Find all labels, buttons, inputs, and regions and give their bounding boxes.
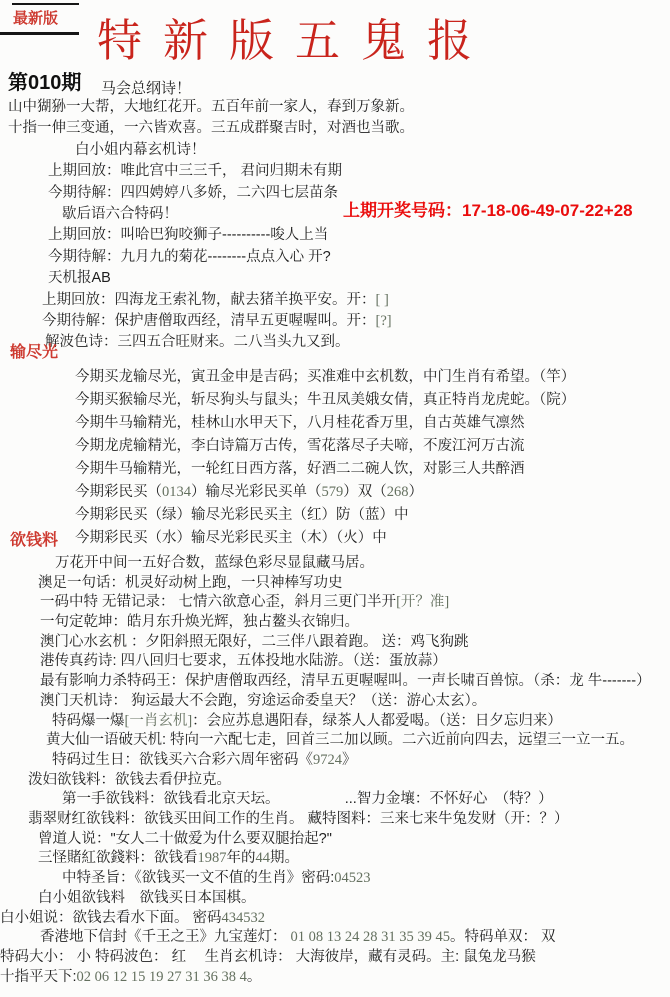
- text-line: 一码中特 无错记录： 七情六欲意心歪，斜月三更门半开[开？准]: [0, 593, 670, 613]
- text-line: 特码过生日：欲钱买六合彩六周年密码《9724》: [0, 751, 670, 771]
- numeric-value: [开？准]: [396, 594, 449, 610]
- numeric-value: 579: [322, 484, 344, 500]
- numeric-value: 9724: [313, 752, 342, 768]
- text-line: 今期彩民买（0134）输尽光彩民买单（579）双（268）: [0, 481, 670, 504]
- numeric-value: 0134: [162, 484, 191, 500]
- text-line: 上期回放：叫哈巴狗咬狮子----------唆人上当: [0, 225, 670, 246]
- text-line: 今期买龙输尽光，寅丑金申是吉码；买准难中玄机数，中门生肖有希望。（竿）: [0, 366, 670, 389]
- text-line: 泼妇欲钱料：欲钱去看伊拉克。: [0, 771, 670, 791]
- text-line: 今期牛马输精光，一轮红日西方落，好酒二二碗人饮，对影三人共醉酒: [0, 458, 670, 481]
- text-line: 山中猢狲一大帮，大地红花开。五百年前一家人，春到万象新。: [0, 97, 670, 118]
- text-line: 今期待解：四四娉婷八多娇，二六四七层苗条: [0, 183, 670, 204]
- badge-bottom-rule: [0, 32, 79, 35]
- issue-number: 第010期: [8, 66, 81, 95]
- text-line: 特码爆一爆[一肖玄机]：会应苏息遇阳春，绿茶人人都爱喝。（送：日夕忘归来）: [0, 712, 670, 732]
- numeric-value: 01 08 13 24 28 31 35 39 45: [291, 929, 451, 945]
- text-line: 白小姐内幕玄机诗！: [0, 140, 670, 161]
- text-line: 一句定乾坤：皓月东升焕光辉，独占鳌头衣锦归。: [0, 613, 670, 633]
- text-line: 澳门天机诗： 狗运最大不会跑，穷途运命委皇天？（送：游心太玄）。: [0, 692, 670, 712]
- text-line: 歇后语六合特码！: [0, 204, 670, 225]
- text-line: 今期彩民买（绿）输尽光彩民买主（红）防（蓝）中: [0, 504, 670, 527]
- section-shu-jin-guang: 输尽光今期买龙输尽光，寅丑金申是吉码；买准难中玄机数，中门生肖有希望。（竿）今期…: [0, 342, 670, 550]
- text-line: 港传真药诗: 四八回归七要求，五体投地水陆游。（送：蛋放蒜）: [0, 652, 670, 672]
- text-line: 今期待解：保护唐僧取西经，清早五更喔喔叫。开：[?]: [0, 311, 670, 332]
- numeric-value: [?]: [376, 313, 392, 329]
- text-line: 上期回放：四海龙王索礼物，献去猪羊换平安。开：[ ]: [0, 290, 670, 311]
- text-line: 上期回放：唯此宫中三三千， 君问归期未有期: [0, 161, 670, 182]
- section-zong-gang: 山中猢狲一大帮，大地红花开。五百年前一家人，春到万象新。十指一伸三变通，一六皆欢…: [0, 97, 670, 354]
- report-title: 特新版五鬼报: [97, 12, 493, 70]
- numeric-value: [ ]: [376, 292, 389, 308]
- text-line: 白小姐欲钱料 欲钱买日本国棋。: [0, 889, 670, 909]
- scanned-report-page: 最新版 特新版五鬼报 第010期 马会总纲诗！ 上期开奖号码：17-18-06-…: [0, 0, 670, 997]
- text-line: 中特圣旨：《欲钱买一文不值的生肖》密码:04523: [0, 869, 670, 889]
- text-line: 澳足一句话：机灵好动树上跑，一只神棒写功史: [0, 574, 670, 594]
- text-line: 澳门心水玄机 ：夕阳斜照无限好，二三伴八跟着跑。 送：鸡飞狗跳: [0, 633, 670, 653]
- edition-badge-label: 最新版: [0, 5, 79, 32]
- text-line: 香港地下信封《千王之王》九宝莲灯： 01 08 13 24 28 31 35 3…: [0, 928, 670, 948]
- edition-badge: 最新版: [0, 3, 79, 35]
- numeric-value: [一肖玄机]: [125, 713, 193, 729]
- numeric-value: 268: [387, 484, 409, 500]
- text-line: 今期牛马输精光，桂林山水甲天下，八月桂花香万里，自古英雄气凛然: [0, 412, 670, 435]
- text-line: 今期待解：九月九的菊花--------点点入心 开?: [0, 247, 670, 268]
- numeric-value: 44: [256, 850, 271, 866]
- text-line: 曾道人说："女人二十做爱为什么要双腿抬起?": [0, 830, 670, 850]
- numeric-value: 02 06 12 15 19 27 31 36 38 4: [77, 969, 247, 985]
- numeric-value: 434532: [222, 910, 266, 926]
- text-line: 特码大小： 小 特码波色： 红 生肖玄机诗： 大海彼岸，藏有灵码。主: 鼠兔龙马…: [0, 948, 670, 968]
- text-line: 十指平天下:02 06 12 15 19 27 31 36 38 4。: [0, 968, 670, 988]
- text-line: 天机报AB: [0, 268, 670, 289]
- text-line: 白小姐说：欲钱去看水下面。 密码434532: [0, 909, 670, 929]
- text-line: 今期买猴输尽光，斩尽狗头与鼠头；牛丑凤美娥女倩，真正特肖龙虎蛇。（院）: [0, 389, 670, 412]
- numeric-value: 04523: [334, 870, 370, 886]
- document-body: 山中猢狲一大帮，大地红花开。五百年前一家人，春到万象新。十指一伸三变通，一六皆欢…: [0, 97, 670, 987]
- text-line: 第一手欲钱料：欲钱看北京天坛。 ...智力金壤：不怀好心 （特？）: [0, 790, 670, 810]
- text-line: 黄大仙一语破天机: 特向一六配七走，回首三二加以顾。二六近前向四去，远望三一立一…: [0, 731, 670, 751]
- text-line: 十指一伸三变通，一六皆欢喜。三五成群聚吉时，对酒也当歌。: [0, 118, 670, 139]
- text-line: 万花开中间一五好合数，蓝绿色彩尽显鼠藏马居。: [0, 554, 670, 574]
- text-line: 翡翠财红欲钱料：欲钱买田间工作的生肖。 藏特图料：三来七来牛兔发财（开：？）: [0, 810, 670, 830]
- text-line: 最有影响力杀特码王：保护唐僧取西经，清早五更喔喔叫。一声长啸百兽惊。（杀：龙 牛…: [0, 672, 670, 692]
- text-line: 三怪賭紅欲錢料：欲钱看1987年的44期。: [0, 849, 670, 869]
- section-yu-qian-liao: 欲钱料万花开中间一五好合数，蓝绿色彩尽显鼠藏马居。澳足一句话：机灵好动树上跑，一…: [0, 530, 670, 987]
- intro-poem-label: 马会总纲诗！: [101, 77, 191, 98]
- numeric-value: 1987: [198, 850, 227, 866]
- text-line: 今期龙虎输精光，李白诗篇万古传，雪花落尽子夫啼，不废江河万古流: [0, 435, 670, 458]
